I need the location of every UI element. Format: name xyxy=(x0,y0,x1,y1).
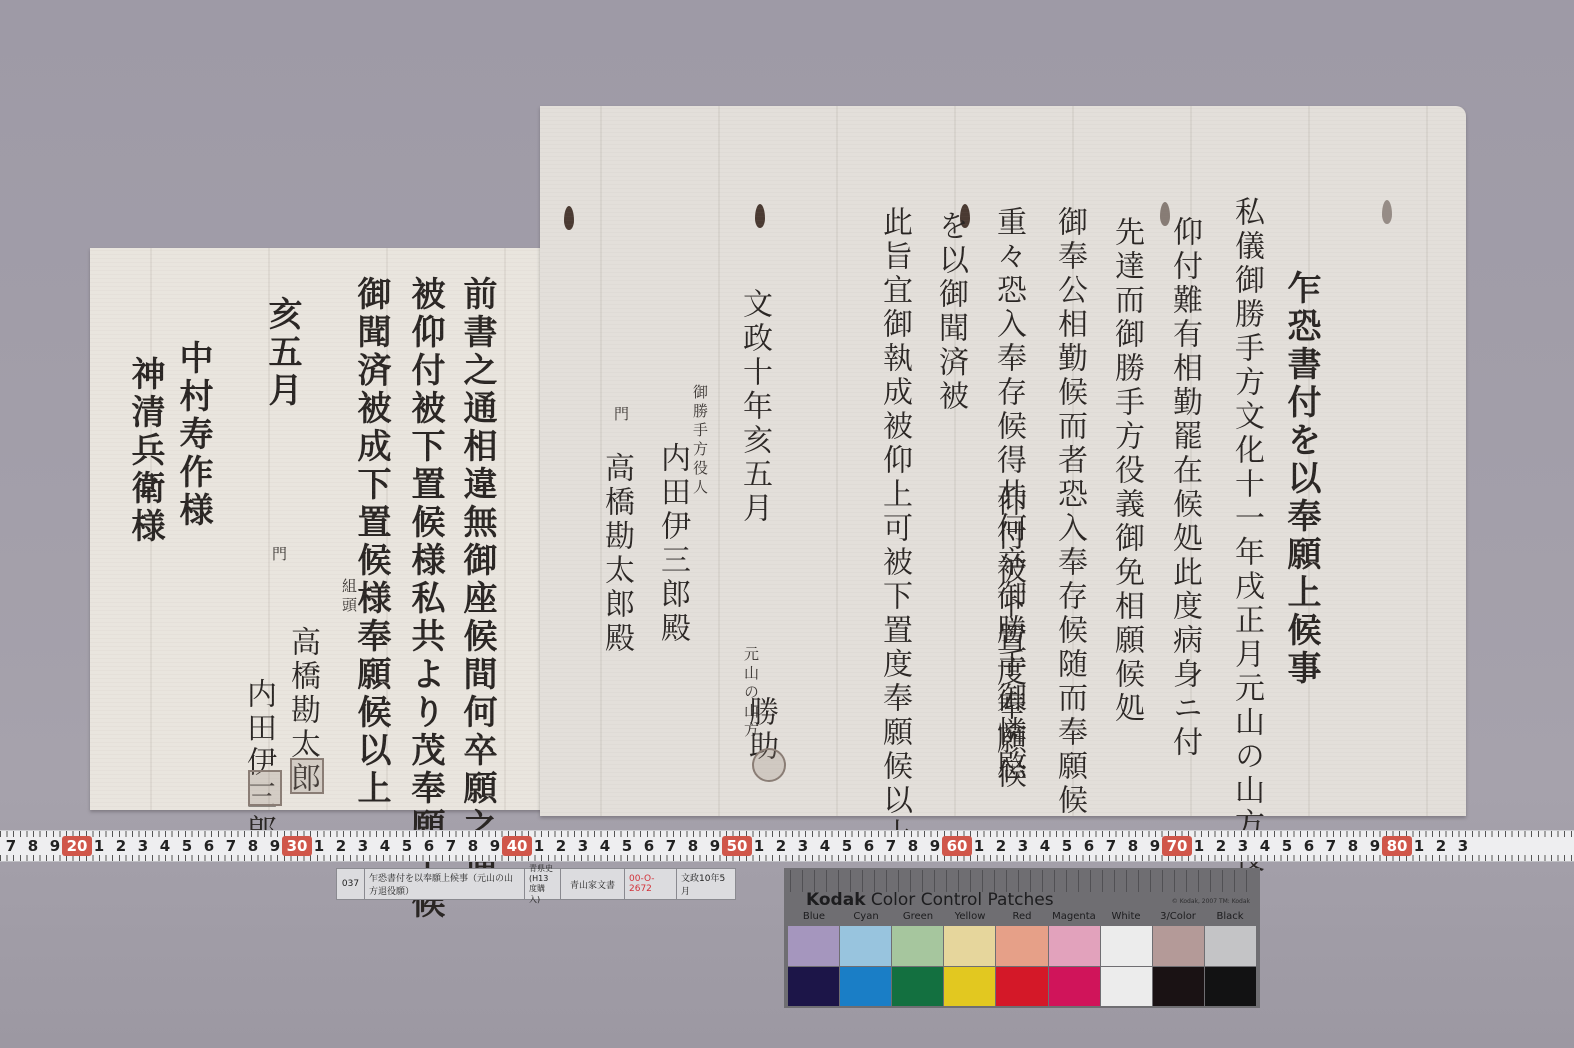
kodak-ruler xyxy=(790,870,1254,892)
catalog-title: 乍恐書付を以奉願上候事（元山の山方退役願） xyxy=(365,869,525,899)
color-patch-white xyxy=(1101,926,1152,1006)
color-patch-yellow xyxy=(944,926,995,1006)
ruler-label: 7 xyxy=(660,836,682,856)
catalog-label: 037 乍恐書付を以奉願上候事（元山の山方退役願） 青県史(H13度購入) 青山… xyxy=(336,868,736,900)
color-patches xyxy=(788,926,1256,1006)
patch-label-3-color: 3/Color xyxy=(1152,911,1204,922)
ruler-label: 8 xyxy=(22,836,44,856)
patch-label-yellow: Yellow xyxy=(944,911,996,922)
kodak-brand: Kodak xyxy=(806,890,866,910)
color-patch-magenta xyxy=(1049,926,1100,1006)
right-body-column-4: 御奉公相勤候而者恐入奉存候随而奉願候 xyxy=(1047,206,1091,818)
ruler-label: 7 xyxy=(220,836,242,856)
left-mark: 門 xyxy=(269,546,290,565)
right-date: 文政十年亥五月 xyxy=(732,288,776,526)
ruler-label: 8 xyxy=(242,836,264,856)
right-body-column-1: 私儀御勝手方文化十一年戌正月元山の山方役 xyxy=(1224,196,1268,876)
left-body-column-3: 御聞済被成下置候様奉願候以上 xyxy=(347,276,396,808)
ruler-label: 8 xyxy=(682,836,704,856)
ruler-label: 8 xyxy=(462,836,484,856)
patch-light xyxy=(840,926,891,966)
ruler-label: 3 xyxy=(572,836,594,856)
ruler-label: 7 xyxy=(1100,836,1122,856)
ruler-label: 7 xyxy=(1320,836,1342,856)
color-patch-cyan xyxy=(840,926,891,1006)
kodak-color-chart: Kodak Color Control Patches © Kodak, 200… xyxy=(784,868,1260,1008)
patch-label-red: Red xyxy=(996,911,1048,922)
patch-light xyxy=(788,926,839,966)
ruler-label: 4 xyxy=(1254,836,1276,856)
seal-stamp-2 xyxy=(290,758,324,794)
patch-dark xyxy=(1049,967,1100,1007)
left-date: 亥五月 xyxy=(258,296,307,410)
ruler-label: 2 xyxy=(990,836,1012,856)
left-addressee-1: 中村寿作様 xyxy=(169,340,218,530)
patch-label-magenta: Magenta xyxy=(1048,911,1100,922)
ruler-label: 2 xyxy=(110,836,132,856)
patch-dark xyxy=(1205,967,1256,1007)
kodak-chart-name: Color Control Patches xyxy=(871,890,1054,910)
ruler-label: 5 xyxy=(1276,836,1298,856)
patch-dark xyxy=(1101,967,1152,1007)
ruler-label: 3 xyxy=(1232,836,1254,856)
left-body-column-1: 前書之通相違無御座候間何卒願之通 xyxy=(453,276,502,884)
document-left-sheet: 前書之通相違無御座候間何卒願之通 被仰付被下置候様私共より茂奉願上候 御聞済被成… xyxy=(90,248,542,810)
left-signer-2: 内田伊三郎 xyxy=(236,678,280,848)
patch-light xyxy=(1101,926,1152,966)
ruler-label: 6 xyxy=(858,836,880,856)
ruler-label: 2 xyxy=(550,836,572,856)
color-patch-3-color xyxy=(1153,926,1204,1006)
color-patch-green xyxy=(892,926,943,1006)
kodak-copyright: © Kodak, 2007 TM: Kodak xyxy=(1172,898,1250,905)
ruler-label: 7 xyxy=(440,836,462,856)
ruler-label: 1 xyxy=(528,836,550,856)
right-body-column-2: 仰付難有相勤罷在候処此度病身ニ付 xyxy=(1162,216,1206,760)
ruler-label: 5 xyxy=(836,836,858,856)
patch-label-cyan: Cyan xyxy=(840,911,892,922)
right-addressee-1: 内田伊三郎殿 xyxy=(650,442,694,646)
ruler-label: 6 xyxy=(1078,836,1100,856)
seal-stamp-round xyxy=(752,748,786,782)
catalog-date: 文政10年5月 xyxy=(677,869,735,899)
patch-light xyxy=(944,926,995,966)
right-body-column-8: 此旨宜御執成被仰上可被下置度奉願候以上 xyxy=(872,206,916,852)
binding-hole xyxy=(1382,200,1392,224)
ruler-labels: 7892012345678930123456789401234567895012… xyxy=(0,836,1474,856)
ruler-label: 3 xyxy=(1012,836,1034,856)
patch-dark xyxy=(892,967,943,1007)
right-body-column-6: を以御聞済被 xyxy=(928,210,972,414)
catalog-id: 00-O-2672 xyxy=(625,869,677,899)
ruler-label: 3 xyxy=(352,836,374,856)
ruler-label: 4 xyxy=(814,836,836,856)
ruler-label: 5 xyxy=(1056,836,1078,856)
ruler-label: 5 xyxy=(176,836,198,856)
ruler-label: 1 xyxy=(968,836,990,856)
ruler-label: 3 xyxy=(132,836,154,856)
ruler-label: 4 xyxy=(1034,836,1056,856)
ruler-label: 6 xyxy=(638,836,660,856)
patch-dark xyxy=(788,967,839,1007)
ruler-label: 1 xyxy=(1408,836,1430,856)
ruler-label: 2 xyxy=(1430,836,1452,856)
patch-light xyxy=(1205,926,1256,966)
ruler-label: 6 xyxy=(418,836,440,856)
ruler-label: 7 xyxy=(0,836,22,856)
seal-stamp-1 xyxy=(248,770,282,806)
ruler-label: 1 xyxy=(748,836,770,856)
color-patch-red xyxy=(996,926,1047,1006)
ruler-label: 2 xyxy=(330,836,352,856)
ruler-label: 5 xyxy=(616,836,638,856)
right-mark: 門 xyxy=(611,406,632,425)
ruler-label: 7 xyxy=(880,836,902,856)
patch-dark xyxy=(840,967,891,1007)
ruler-label: 6 xyxy=(1298,836,1320,856)
ruler-label: 1 xyxy=(88,836,110,856)
left-body-column-2: 被仰付被下置候様私共より茂奉願上候 xyxy=(401,276,450,922)
patch-dark xyxy=(944,967,995,1007)
right-body-column-7: 仰付被下置度奉願候 xyxy=(986,486,1030,792)
ruler-label: 6 xyxy=(198,836,220,856)
color-patch-black xyxy=(1205,926,1256,1006)
patch-dark xyxy=(1153,967,1204,1007)
measurement-ruler: 7892012345678930123456789401234567895012… xyxy=(0,830,1574,862)
binding-hole xyxy=(755,204,765,228)
ruler-label: 1 xyxy=(1188,836,1210,856)
ruler-label: 2 xyxy=(770,836,792,856)
catalog-collection: 青山家文書 xyxy=(561,869,625,899)
patch-label-green: Green xyxy=(892,911,944,922)
ruler-label: 8 xyxy=(902,836,924,856)
patch-light xyxy=(892,926,943,966)
patch-label-black: Black xyxy=(1204,911,1256,922)
right-title-column: 乍恐書付を以奉願上候事 xyxy=(1277,270,1326,688)
ruler-label: 8 xyxy=(1342,836,1364,856)
catalog-number: 037 xyxy=(337,869,365,899)
ruler-label: 2 xyxy=(1210,836,1232,856)
catalog-source: 青県史(H13度購入) xyxy=(525,869,561,899)
document-right-sheet: 乍恐書付を以奉願上候事 私儀御勝手方文化十一年戌正月元山の山方役 仰付難有相勤罷… xyxy=(540,106,1466,816)
ruler-label: 3 xyxy=(792,836,814,856)
patch-label-blue: Blue xyxy=(788,911,840,922)
patch-light xyxy=(1049,926,1100,966)
ruler-label: 8 xyxy=(1122,836,1144,856)
ruler-label: 3 xyxy=(1452,836,1474,856)
patch-dark xyxy=(996,967,1047,1007)
color-patch-blue xyxy=(788,926,839,1006)
ruler-label: 4 xyxy=(154,836,176,856)
patch-light xyxy=(996,926,1047,966)
right-addressee-2: 高橋勘太郎殿 xyxy=(594,452,638,656)
patch-label-white: White xyxy=(1100,911,1152,922)
patch-light xyxy=(1153,926,1204,966)
left-role-note: 組頭 xyxy=(339,578,360,616)
ruler-label: 5 xyxy=(396,836,418,856)
ruler-label: 4 xyxy=(374,836,396,856)
patch-labels: BlueCyanGreenYellowRedMagentaWhite3/Colo… xyxy=(788,911,1256,922)
right-body-column-3: 先達而御勝手方役義御免相願候処 xyxy=(1104,216,1148,726)
kodak-title: Kodak Color Control Patches xyxy=(806,890,1054,910)
left-addressee-2: 神清兵衛様 xyxy=(121,356,170,546)
binding-hole xyxy=(564,206,574,230)
ruler-label: 1 xyxy=(308,836,330,856)
ruler-label: 4 xyxy=(594,836,616,856)
